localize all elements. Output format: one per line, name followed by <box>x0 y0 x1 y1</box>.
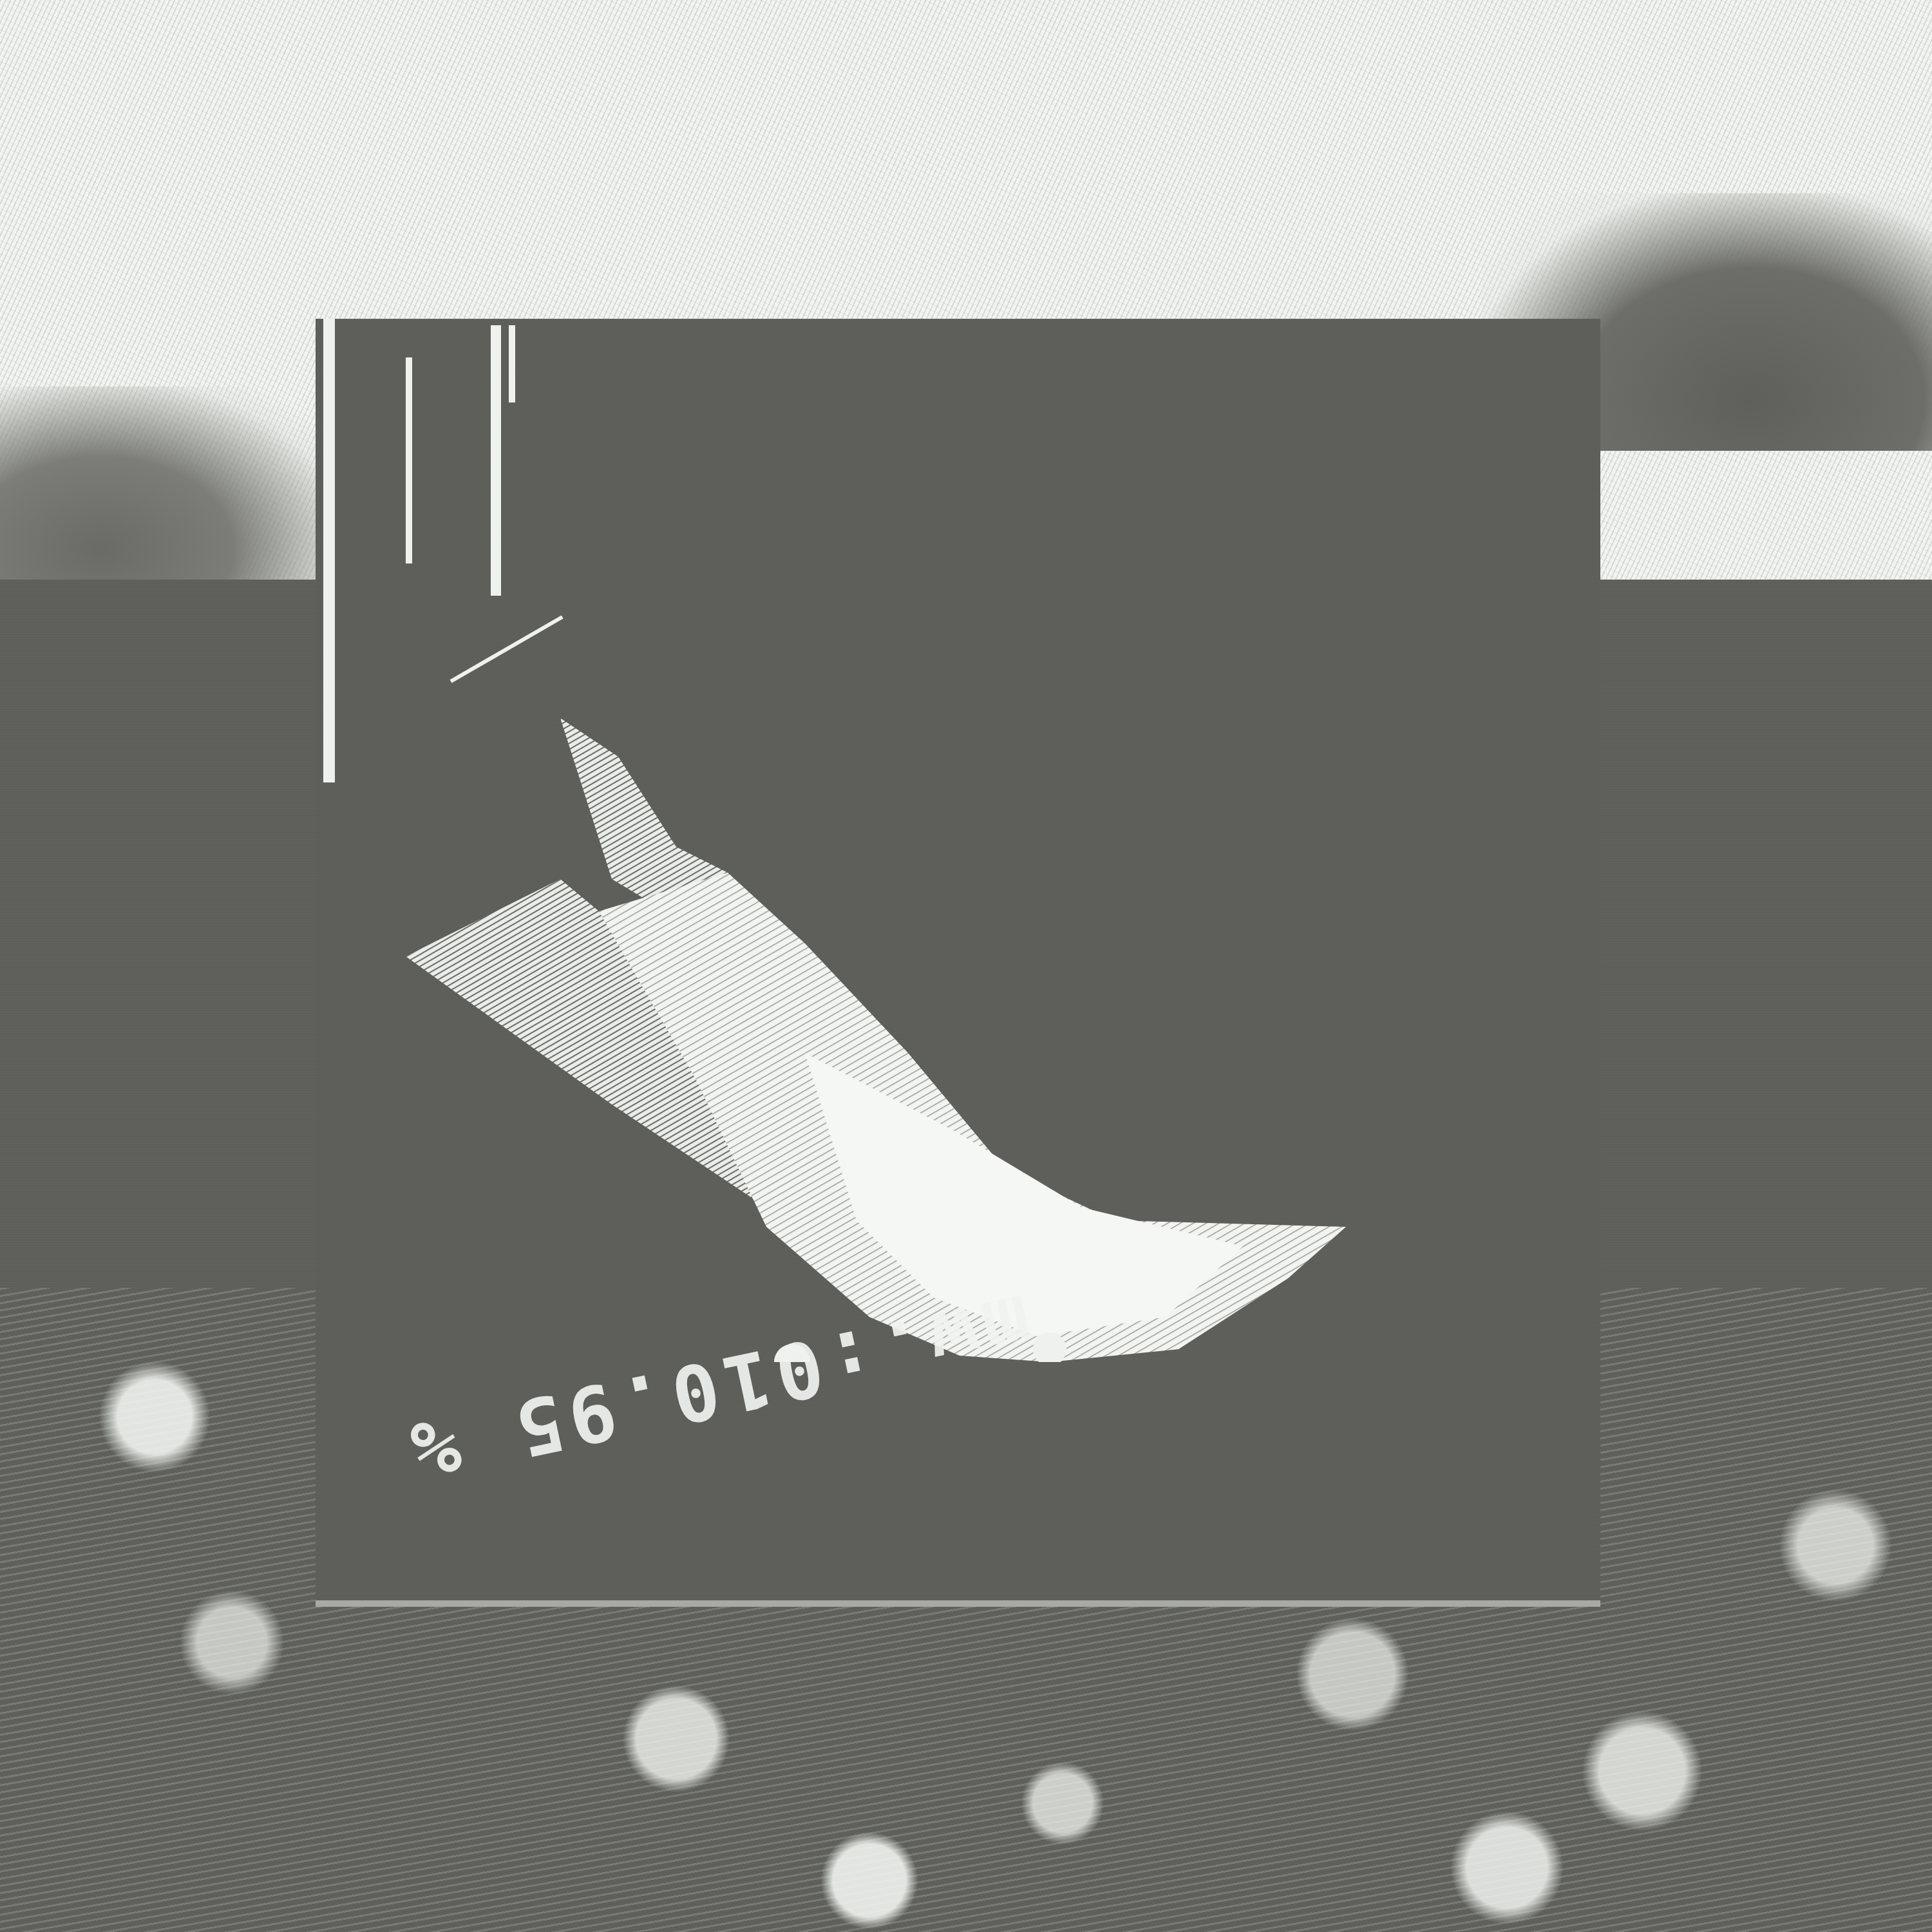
clawfoot-bathtub <box>406 718 1372 1362</box>
wall-edge-highlight <box>323 319 335 782</box>
photo-bottom-edge <box>316 1600 1600 1607</box>
bathtub-shape <box>406 718 1372 1362</box>
pipe-highlight <box>509 325 515 402</box>
pipe-highlight <box>406 357 412 563</box>
faucet-arm <box>450 615 563 683</box>
pipe-highlight <box>491 325 501 596</box>
inner-photo-bathtub: mw.:010.95 % <box>316 319 1600 1607</box>
